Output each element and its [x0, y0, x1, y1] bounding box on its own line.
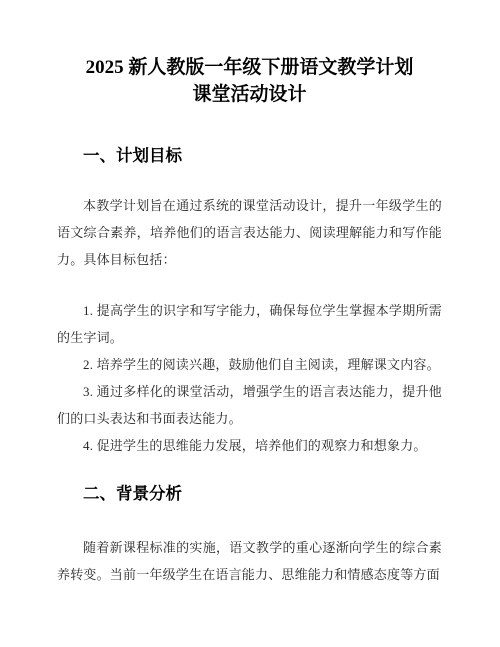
- goal-list-item-1: 1. 提高学生的识字和写字能力，确保每位学生掌握本学期所需的生字词。: [57, 297, 442, 351]
- document-title-line-1: 2025 新人教版一年级下册语文教学计划: [57, 54, 442, 81]
- page-content: 2025 新人教版一年级下册语文教学计划 课堂活动设计 一、计划目标 本教学计划…: [0, 0, 500, 588]
- document-page: 2025 新人教版一年级下册语文教学计划 课堂活动设计 一、计划目标 本教学计划…: [0, 0, 500, 647]
- goal-list-item-4: 4. 促进学生的思维能力发展，培养他们的观察力和想象力。: [57, 432, 442, 459]
- section-heading-plan-goals: 一、计划目标: [57, 146, 442, 166]
- section-heading-background-analysis: 二、背景分析: [57, 484, 442, 504]
- goal-list: 1. 提高学生的识字和写字能力，确保每位学生掌握本学期所需的生字词。 2. 培养…: [57, 297, 442, 459]
- document-title-line-2: 课堂活动设计: [57, 81, 442, 108]
- background-analysis-paragraph: 随着新课程标准的实施，语文教学的重心逐渐向学生的综合素养转变。当前一年级学生在语…: [57, 534, 442, 588]
- goal-list-item-2: 2. 培养学生的阅读兴趣，鼓励他们自主阅读，理解课文内容。: [57, 351, 442, 378]
- plan-goals-intro-paragraph: 本教学计划旨在通过系统的课堂活动设计，提升一年级学生的语文综合素养，培养他们的语…: [57, 192, 442, 273]
- goal-list-item-3: 3. 通过多样化的课堂活动，增强学生的语言表达能力，提升他们的口头表达和书面表达…: [57, 378, 442, 432]
- document-title: 2025 新人教版一年级下册语文教学计划 课堂活动设计: [57, 0, 442, 108]
